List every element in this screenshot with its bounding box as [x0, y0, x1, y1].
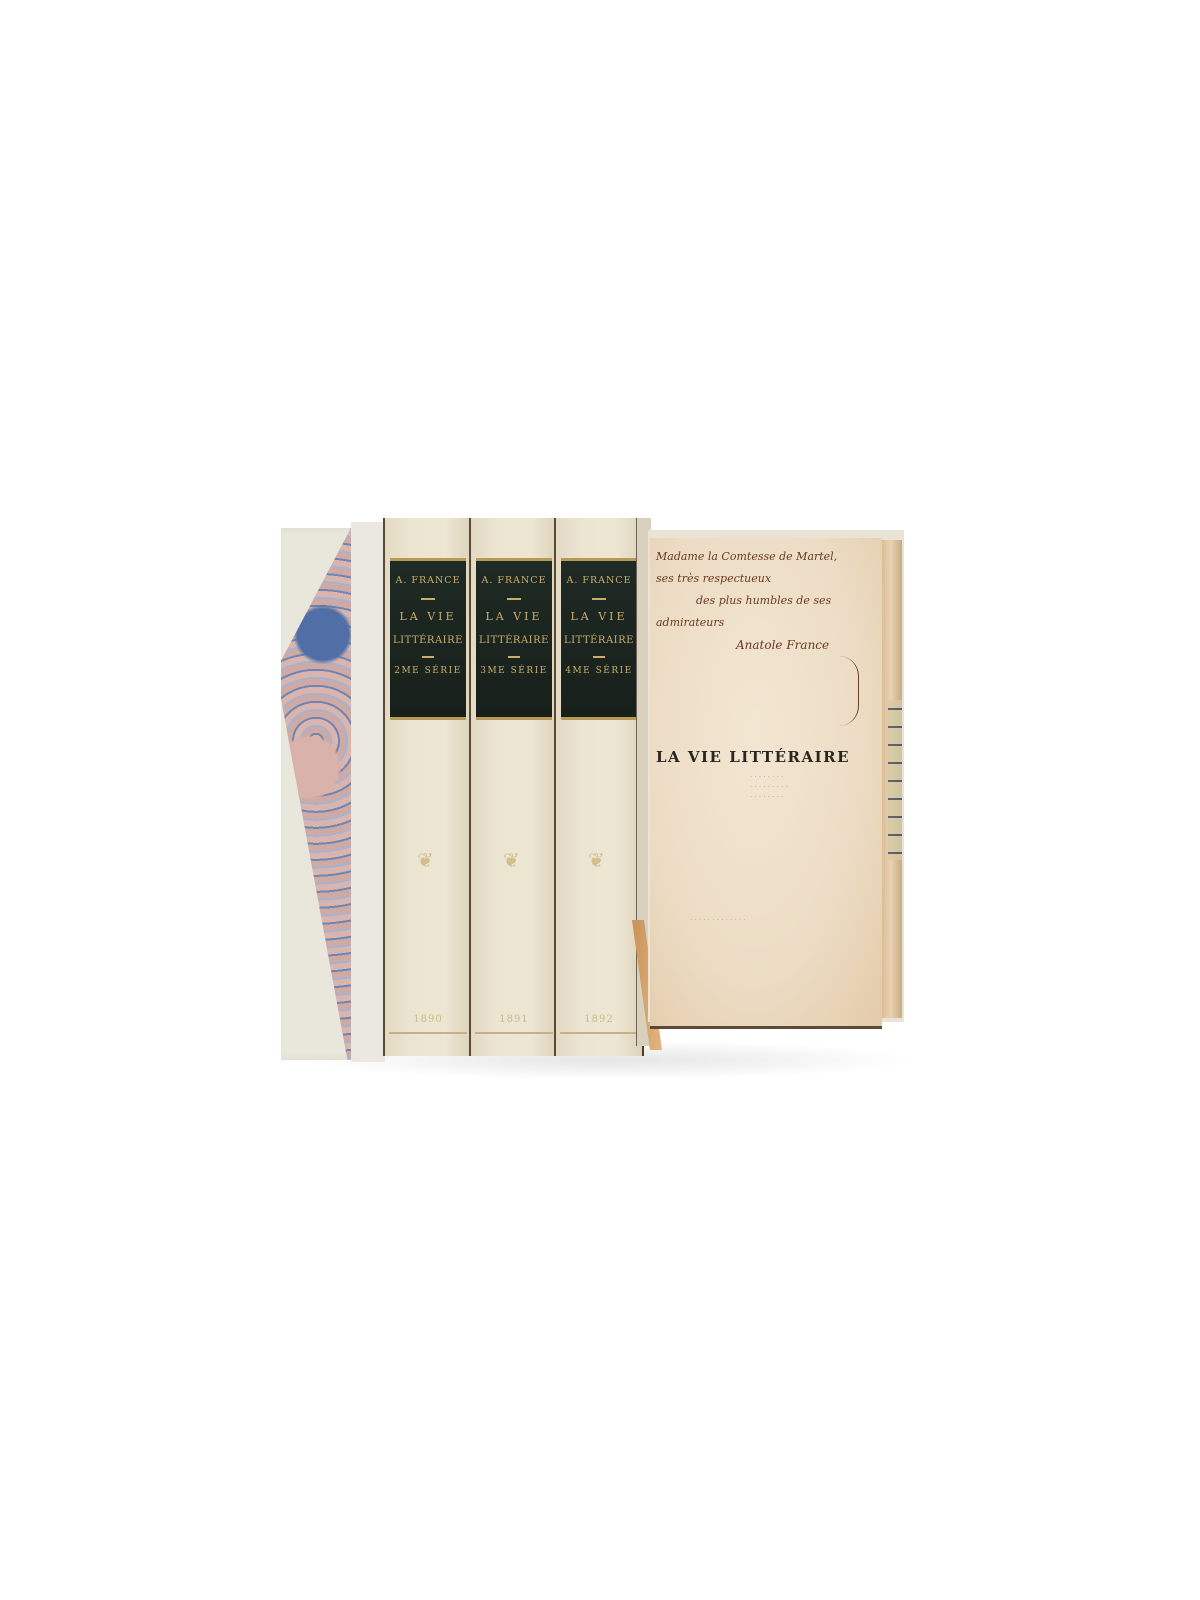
- gilt-rule: [389, 1032, 467, 1034]
- spine-label: A. FRANCE LA VIE LITTÉRAIRE 4ME SÉRIE: [561, 558, 637, 720]
- spine-title-line2: LITTÉRAIRE: [476, 635, 552, 646]
- book-spine-volume-3: A. FRANCE LA VIE LITTÉRAIRE 3ME SÉRIE ❦ …: [469, 518, 557, 1056]
- faint-line: · · · · · · · ·: [750, 792, 788, 802]
- handwritten-inscription: Madame la Comtesse de Martel, ses très r…: [656, 546, 876, 656]
- spine-year: 1891: [471, 1014, 557, 1025]
- inscription-line: admirateurs: [656, 612, 876, 634]
- spine-title-line2: LITTÉRAIRE: [561, 635, 637, 646]
- spine-author: A. FRANCE: [390, 575, 466, 586]
- spine-year: 1890: [385, 1014, 471, 1025]
- spine-title-line1: LA VIE: [390, 610, 466, 623]
- gilt-rule: [560, 1032, 638, 1034]
- flower-ornament-icon: ❦: [588, 848, 605, 872]
- flower-ornament-icon: ❦: [417, 848, 434, 872]
- spine-author: A. FRANCE: [476, 575, 552, 586]
- faint-printed-lines: · · · · · · · · · · · · · · · · · · · · …: [750, 772, 788, 802]
- faint-line: · · · · · · · ·: [750, 772, 788, 782]
- spine-series: 3ME SÉRIE: [476, 666, 552, 676]
- publisher-line: · · · · · · · · · · · · ·: [690, 916, 746, 924]
- faint-line: · · · · · · · · ·: [750, 782, 788, 792]
- spine-title-line2: LITTÉRAIRE: [390, 635, 466, 646]
- spine-strip: [888, 700, 902, 860]
- spine-year: 1892: [556, 1014, 642, 1025]
- inscription-line: Madame la Comtesse de Martel,: [656, 546, 876, 568]
- gilt-rule: [507, 598, 521, 600]
- title-page: Madame la Comtesse de Martel, ses très r…: [650, 538, 882, 1026]
- spine-title-line1: LA VIE: [476, 610, 552, 623]
- product-photo: A. FRANCE LA VIE LITTÉRAIRE 2ME SÉRIE ❦ …: [0, 0, 1200, 1600]
- gilt-rule: [508, 656, 520, 658]
- flower-ornament-icon: ❦: [503, 848, 520, 872]
- inscription-line: des plus humbles de ses: [656, 590, 876, 612]
- spine-series: 2ME SÉRIE: [390, 666, 466, 676]
- book-spine-volume-4: A. FRANCE LA VIE LITTÉRAIRE 4ME SÉRIE ❦ …: [554, 518, 642, 1056]
- gilt-rule: [421, 598, 435, 600]
- gilt-rule: [592, 598, 606, 600]
- inscription-line: ses très respectueux: [656, 568, 876, 590]
- printed-title: LA VIE LITTÉRAIRE: [656, 748, 850, 766]
- spine-label: A. FRANCE LA VIE LITTÉRAIRE 3ME SÉRIE: [476, 558, 552, 720]
- signature: Anatole France: [656, 634, 876, 656]
- board-edge: [351, 522, 385, 1062]
- gilt-rule: [475, 1032, 553, 1034]
- spine-title-line1: LA VIE: [561, 610, 637, 623]
- book-spine-volume-2: A. FRANCE LA VIE LITTÉRAIRE 2ME SÉRIE ❦ …: [383, 518, 471, 1056]
- signature-flourish: [838, 656, 859, 726]
- spine-label: A. FRANCE LA VIE LITTÉRAIRE 2ME SÉRIE: [390, 558, 466, 720]
- spine-author: A. FRANCE: [561, 575, 637, 586]
- gilt-rule: [422, 656, 434, 658]
- spine-series: 4ME SÉRIE: [561, 666, 637, 676]
- gilt-rule: [593, 656, 605, 658]
